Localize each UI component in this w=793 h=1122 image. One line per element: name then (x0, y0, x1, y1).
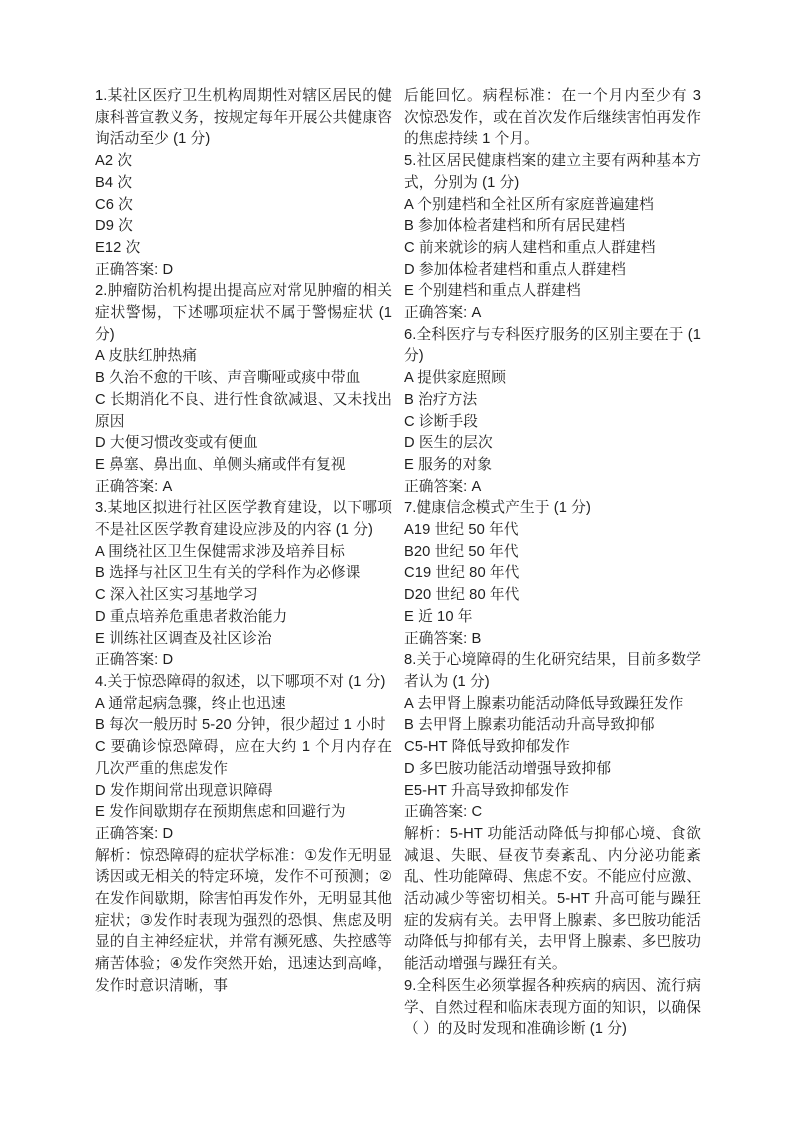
paragraph: A 围绕社区卫生保健需求涉及培养目标 (95, 542, 392, 564)
paragraph: 9.全科医生必须掌握各种疾病的病因、流行病学、自然过程和临床表现方面的知识，以确… (404, 976, 701, 1041)
paragraph: 5.社区居民健康档案的建立主要有两种基本方式，分别为 (1 分) (404, 151, 701, 194)
paragraph: D 重点培养危重患者救治能力 (95, 607, 392, 629)
paragraph: A 提供家庭照顾 (404, 368, 701, 390)
paragraph: B 去甲肾上腺素功能活动升高导致抑郁 (404, 715, 701, 737)
paragraph: A19 世纪 50 年代 (404, 520, 701, 542)
paragraph: D20 世纪 80 年代 (404, 585, 701, 607)
paragraph: 2.肿瘤防治机构提出提高应对常见肿瘤的相关症状警惕，下述哪项症状不属于警惕症状 … (95, 281, 392, 346)
paragraph: 1.某社区医疗卫生机构周期性对辖区居民的健康科普宣教义务，按规定每年开展公共健康… (95, 86, 392, 151)
paragraph: C6 次 (95, 195, 392, 217)
paragraph: E 发作间歇期存在预期焦虑和回避行为 (95, 802, 392, 824)
paragraph: B4 次 (95, 173, 392, 195)
paragraph: 正确答案: B (404, 629, 701, 651)
document-page: 1.某社区医疗卫生机构周期性对辖区居民的健康科普宣教义务，按规定每年开展公共健康… (0, 0, 793, 1122)
paragraph: B 久治不愈的干咳、声音嘶哑或痰中带血 (95, 368, 392, 390)
paragraph: D 参加体检者建档和重点人群建档 (404, 260, 701, 282)
paragraph: D 大便习惯改变或有便血 (95, 433, 392, 455)
paragraph: C 要确诊惊恐障碍，应在大约 1 个月内存在几次严重的焦虑发作 (95, 737, 392, 780)
paragraph: D9 次 (95, 216, 392, 238)
text-column-left: 1.某社区医疗卫生机构周期性对辖区居民的健康科普宣教义务，按规定每年开展公共健康… (95, 86, 392, 998)
paragraph: D 发作期间常出现意识障碍 (95, 781, 392, 803)
paragraph: 7.健康信念模式产生于 (1 分) (404, 498, 701, 520)
paragraph: 3.某地区拟进行社区医学教育建设，以下哪项不是社区医学教育建设应涉及的内容 (1… (95, 498, 392, 541)
paragraph: B 参加体检者建档和所有居民建档 (404, 216, 701, 238)
paragraph: A 皮肤红肿热痛 (95, 346, 392, 368)
paragraph: 后能回忆。病程标准：在一个月内至少有 3 次惊恐发作，或在首次发作后继续害怕再发… (404, 86, 701, 151)
paragraph: 解析：惊恐障碍的症状学标准：①发作无明显诱因或无相关的特定环境，发作不可预测；②… (95, 846, 392, 998)
paragraph: B 选择与社区卫生有关的学科作为必修课 (95, 563, 392, 585)
paragraph: E 鼻塞、鼻出血、单侧头痛或伴有复视 (95, 455, 392, 477)
paragraph: 8.关于心境障碍的生化研究结果，目前多数学者认为 (1 分) (404, 650, 701, 693)
paragraph: C 前来就诊的病人建档和重点人群建档 (404, 238, 701, 260)
paragraph: 正确答案: D (95, 260, 392, 282)
paragraph: 正确答案: C (404, 802, 701, 824)
paragraph: C5-HT 降低导致抑郁发作 (404, 737, 701, 759)
paragraph: B20 世纪 50 年代 (404, 542, 701, 564)
paragraph: A2 次 (95, 151, 392, 173)
paragraph: 4.关于惊恐障碍的叙述，以下哪项不对 (1 分) (95, 672, 392, 694)
paragraph: D 多巴胺功能活动增强导致抑郁 (404, 759, 701, 781)
text-column-right: 后能回忆。病程标准：在一个月内至少有 3 次惊恐发作，或在首次发作后继续害怕再发… (404, 86, 701, 1041)
paragraph: C 长期消化不良、进行性食欲减退、又未找出原因 (95, 390, 392, 433)
paragraph: C 深入社区实习基地学习 (95, 585, 392, 607)
paragraph: 正确答案: A (95, 477, 392, 499)
paragraph: E 训练社区调查及社区诊治 (95, 629, 392, 651)
paragraph: B 每次一般历时 5-20 分钟，很少超过 1 小时 (95, 715, 392, 737)
paragraph: B 治疗方法 (404, 390, 701, 412)
paragraph: 正确答案: A (404, 477, 701, 499)
paragraph: 6.全科医疗与专科医疗服务的区别主要在于 (1 分) (404, 325, 701, 368)
paragraph: A 个别建档和全社区所有家庭普遍建档 (404, 195, 701, 217)
paragraph: E 近 10 年 (404, 607, 701, 629)
paragraph: C 诊断手段 (404, 412, 701, 434)
paragraph: 正确答案: A (404, 303, 701, 325)
paragraph: 正确答案: D (95, 650, 392, 672)
paragraph: C19 世纪 80 年代 (404, 563, 701, 585)
paragraph: E 服务的对象 (404, 455, 701, 477)
paragraph: A 通常起病急骤，终止也迅速 (95, 694, 392, 716)
paragraph: 解析：5-HT 功能活动降低与抑郁心境、食欲减退、失眠、昼夜节奏紊乱、内分泌功能… (404, 824, 701, 976)
paragraph: E 个别建档和重点人群建档 (404, 281, 701, 303)
paragraph: 正确答案: D (95, 824, 392, 846)
paragraph: D 医生的层次 (404, 433, 701, 455)
paragraph: A 去甲肾上腺素功能活动降低导致躁狂发作 (404, 694, 701, 716)
paragraph: E12 次 (95, 238, 392, 260)
paragraph: E5-HT 升高导致抑郁发作 (404, 781, 701, 803)
